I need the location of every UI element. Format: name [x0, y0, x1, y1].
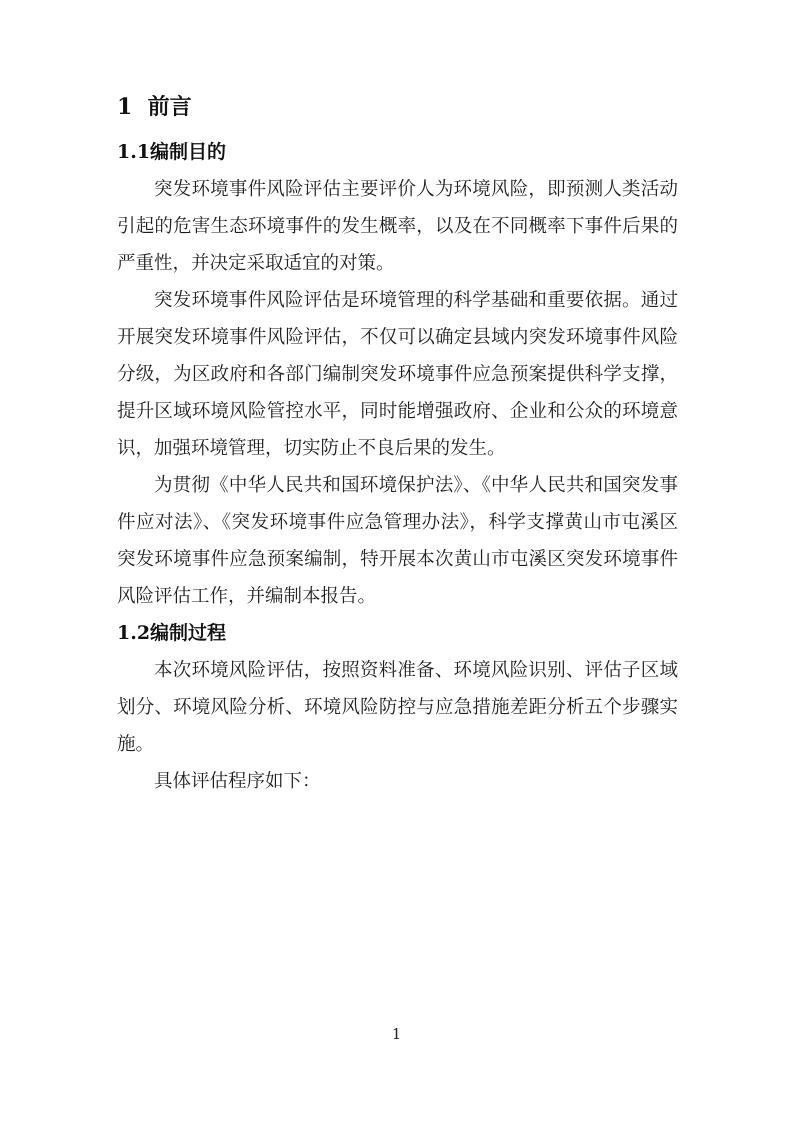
- paragraph-purpose-2: 突发环境事件风险评估是环境管理的科学基础和重要依据。通过开展突发环境事件风险评估…: [117, 282, 678, 467]
- heading-section-1-1: 1.1编制目的: [117, 134, 678, 171]
- heading-section-1-2: 1.2编制过程: [117, 615, 678, 652]
- paragraph-purpose-1: 突发环境事件风险评估主要评价人为环境风险，即预测人类活动引起的危害生态环境事件的…: [117, 171, 678, 282]
- document-page: 1 前言 1.1编制目的 突发环境事件风险评估主要评价人为环境风险，即预测人类活…: [0, 0, 793, 1122]
- paragraph-purpose-3: 为贯彻《中华人民共和国环境保护法》、《中华人民共和国突发事件应对法》、《突发环境…: [117, 467, 678, 615]
- paragraph-process-1: 本次环境风险评估，按照资料准备、环境风险识别、评估子区域划分、环境风险分析、环境…: [117, 652, 678, 763]
- paragraph-process-2: 具体评估程序如下：: [117, 763, 678, 800]
- chapter-title: 1 前言: [117, 89, 678, 126]
- document-content: 1 前言 1.1编制目的 突发环境事件风险评估主要评价人为环境风险，即预测人类活…: [117, 89, 678, 800]
- page-number: 1: [0, 1024, 793, 1044]
